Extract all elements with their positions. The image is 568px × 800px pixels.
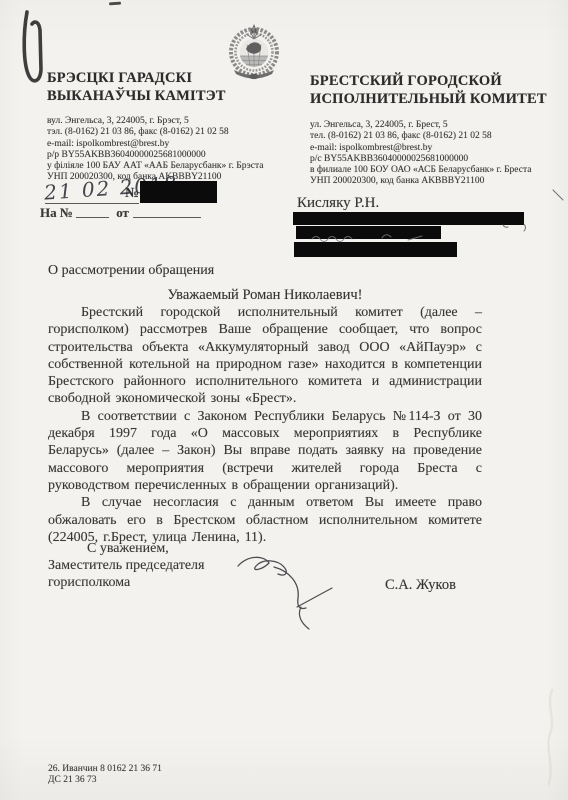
body-paragraph-1: Брестский городской исполнительный комит…: [48, 304, 482, 408]
scan-artifact-dash: [109, 2, 121, 6]
org-right-address-line: в филиале 100 БОУ ОАО «АСБ Беларусбанк» …: [310, 165, 560, 176]
ot-label: от: [116, 205, 129, 220]
ot-date-blank: [133, 205, 201, 218]
org-right-address-line: ул. Энгельса, 3, 224005, г. Брест, 5: [310, 120, 560, 131]
subject-line: О рассмотрении обращения: [48, 263, 214, 279]
org-right-address-line: e-mail: ispolkombrest@brest.by: [310, 143, 560, 154]
body-paragraph-2: В соответствии с Законом Республики Бела…: [48, 408, 482, 494]
org-left-address-line: вул. Энгельса, 3, 224005, г. Брэст, 5: [47, 116, 297, 127]
org-left-title-line2: ВЫКАНАЎЧЫ КАМІТЭТ: [47, 88, 297, 106]
handwriting-fragments: [290, 188, 568, 258]
letterhead-left: БРЭСЦКІ ГАРАДСКІ ВЫКАНАЎЧЫ КАМІТЭТ вул. …: [47, 70, 297, 184]
org-right-title-line2: ИСПОЛНИТЕЛЬНЫЙ КОМИТЕТ: [310, 91, 560, 109]
handwritten-signature: [210, 548, 345, 638]
signer-position-line2: горисполкома: [48, 574, 204, 591]
org-left-title-line1: БРЭСЦКІ ГАРАДСКІ: [47, 70, 297, 88]
letter-body: Уважаемый Роман Николаевич! Брестский го…: [48, 287, 482, 546]
paperclip-icon: [16, 8, 50, 90]
faint-green-mark: [538, 688, 564, 788]
na-number-blank: [76, 205, 109, 218]
footer-line1: 26. Иванчин 8 0162 21 36 71: [48, 764, 162, 775]
na-number-label: На №: [40, 205, 73, 220]
org-left-address-line: e-mail: ispolkombrest@brest.by: [47, 139, 297, 150]
outgoing-number-sign: №: [125, 186, 139, 202]
org-right-address-line: тел. (8-0162) 21 03 86, факс (8-0162) 21…: [310, 131, 560, 142]
signer-name: С.А. Жуков: [385, 577, 456, 594]
footer-line2: ДС 21 36 73: [48, 775, 162, 786]
org-right-address-line: УНП 200020300, код банка AKBBBY21100: [310, 176, 560, 187]
body-paragraph-3: В случае несогласия с данным ответом Вы …: [48, 494, 482, 546]
salutation: Уважаемый Роман Николаевич!: [48, 287, 482, 304]
org-left-address-line: р/р BY55AKBB36040000025681000000: [47, 150, 297, 161]
regards-line: С уважением,: [87, 541, 169, 557]
org-left-address-line: тэл. (8-0162) 21 03 86, факс (8-0162) 21…: [47, 127, 297, 138]
footer-contact: 26. Иванчин 8 0162 21 36 71 ДС 21 36 73: [48, 764, 162, 786]
letterhead-right: БРЕСТСКИЙ ГОРОДСКОЙ ИСПОЛНИТЕЛЬНЫЙ КОМИТ…: [310, 73, 560, 188]
redaction-bar-number: [140, 181, 217, 203]
scanned-letter-page: БРЭСЦКІ ГАРАДСКІ ВЫКАНАЎЧЫ КАМІТЭТ вул. …: [0, 0, 568, 800]
org-right-title-line1: БРЕСТСКИЙ ГОРОДСКОЙ: [310, 73, 560, 91]
org-right-address-line: р/с BY55AKBB36040000025681000000: [310, 154, 560, 165]
signer-position-line1: Заместитель председателя: [48, 557, 204, 574]
signer-position: Заместитель председателя горисполкома: [48, 557, 204, 591]
reply-reference-line: На № от: [40, 205, 201, 222]
